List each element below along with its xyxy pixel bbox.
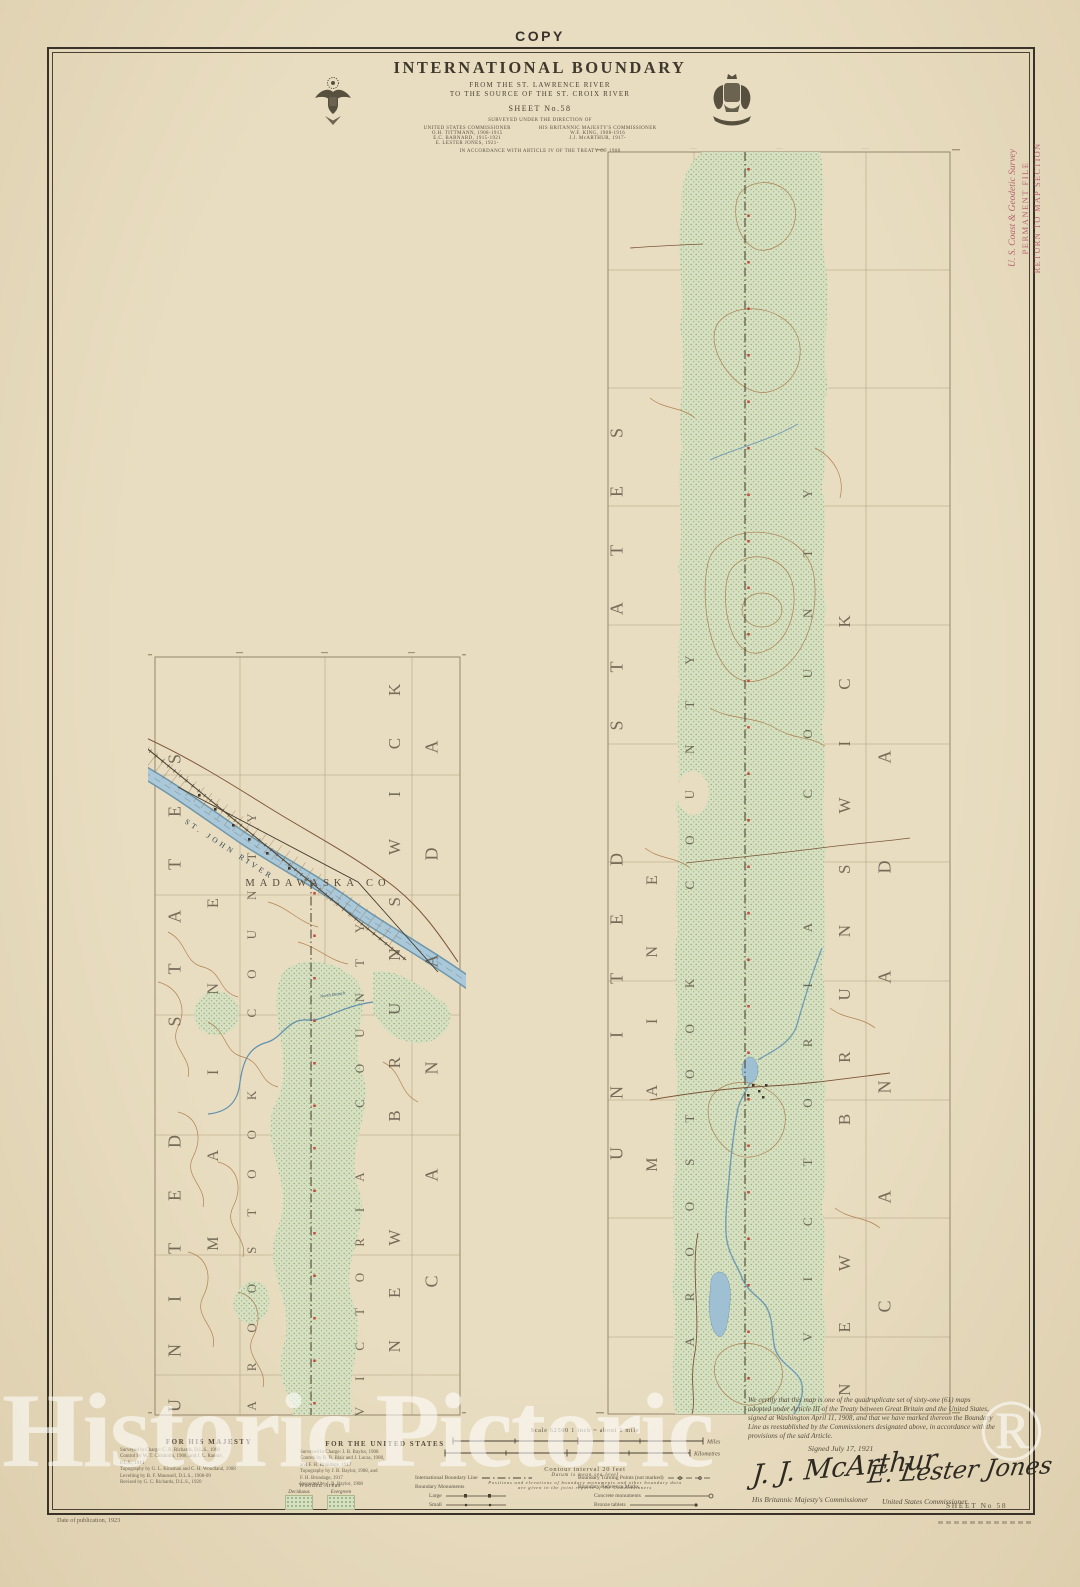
monuments-large-label: Large [429,1493,442,1499]
certification-line: Line as reestablished by the Commissione… [748,1423,1010,1432]
uk-commissioner-column: HIS BRITANNIC MAJESTY'S COMMISSIONER W.F… [539,126,657,146]
archive-stamp-agency: U. S. Coast & Geodetic Survey [1008,142,1018,274]
wooded-deciduous: Deciduous [285,1490,313,1510]
right-label-victoria-county: VICTORIA COUNTY [800,438,816,1342]
certification-line: We certify that this map is one of the q… [748,1396,1010,1405]
credits-majesty-heading: FOR HIS MAJESTY [120,1438,298,1446]
contour-interval-text: Contour interval 20 feet [430,1466,740,1473]
map-sheet: COPY INTERNATIONAL BOUNDARY FROM THE ST.… [0,0,1080,1587]
evergreen-label: Evergreen [327,1490,355,1495]
left-label-victoria-county: VICTORIA COUNTY [352,898,368,1417]
wooded-areas-heading: Wooded Areas [255,1483,385,1489]
concrete-symbol [645,1493,715,1499]
certification-line: signed at Washington April 11, 1908, and… [748,1414,1010,1423]
copy-stamp: COPY [0,28,1080,44]
left-label-new-brunswick: NEW BRUNSWICK [385,642,405,1353]
left-label-canada: CANADA [422,646,443,1287]
certification-line: adopted under Article III of the Treaty … [748,1405,1010,1414]
monuments-small-symbol [446,1502,506,1508]
legend-reference-marks: Boundary Reference Marks [578,1484,758,1490]
royal-arms-icon [708,72,756,130]
bronze-label: Bronze tablets [594,1502,626,1508]
legend-monuments-small: Small [429,1502,565,1508]
uk-commissioner-2: J.J. McARTHUR, 1917- [539,136,657,141]
printer-imprint [938,1521,1032,1524]
legend-bronze: Bronze tablets [594,1502,758,1508]
us-commissioner-3: E. LESTER JONES, 1921- [424,141,511,146]
left-map-graphic [148,642,466,1417]
archive-stamp: U. S. Coast & Geodetic Survey PERMANENT … [1008,142,1064,274]
bronze-symbol [630,1502,700,1508]
certification-line: provisions of the said Article. [748,1432,1010,1441]
us-commissioner-column: UNITED STATES COMMISSIONER O.H. TITTMANN… [424,126,511,146]
wooded-evergreen: Evergreen [327,1490,355,1510]
right-map-strip: UNITED STATES MAINE AROOSTOOK COUNTY VIC… [590,148,960,1418]
archive-stamp-file: PERMANENT FILE [1020,142,1030,274]
concrete-label: Concrete monuments [594,1493,641,1499]
publication-note: Date of publication, 1923 [57,1517,120,1524]
miles-label: Miles [706,1440,721,1446]
legend-concrete: Concrete monuments [594,1493,758,1499]
legend-monuments-large: Large [429,1493,565,1499]
left-label-maine: MAINE [205,823,223,1250]
evergreen-swatch [327,1495,355,1510]
right-label-canada: CANADA [875,653,896,1312]
legend-boundary-line: International Boundary Line [415,1475,565,1481]
credits-majesty: FOR HIS MAJESTY Surveyed in Charge: C. R… [120,1438,298,1486]
reference-marks-label: Boundary Reference Marks [578,1484,639,1490]
legend-turning-points: Boundary Turning Points (not marked) [578,1475,758,1481]
right-label-united-states: UNITED STATES [607,380,628,1160]
kilometres-label: Kilometres [693,1452,721,1458]
legend-left-column: International Boundary Line Boundary Mon… [415,1475,565,1511]
scale-bars: Miles Kilometres [435,1435,735,1461]
deciduous-swatch [285,1495,313,1510]
wooded-areas-legend: Wooded Areas Deciduous Evergreen [255,1483,385,1510]
left-roads [148,737,458,972]
us-seal-icon [312,74,354,130]
madawaska-label: MADAWASKA CO [238,878,398,889]
sheet-number: SHEET No 58 [946,1501,1007,1510]
turning-points-label: Boundary Turning Points (not marked) [578,1475,664,1481]
archive-stamp-return: RETURN TO MAP SECTION [1032,142,1042,274]
turning-points-symbol [668,1475,712,1481]
scale-text: Scale 62500 1 inch = about 1 mile [430,1428,740,1434]
left-label-united-states: UNITED STATES [165,712,186,1412]
monuments-label: Boundary Monuments [415,1484,464,1490]
right-label-new-brunswick: NEW BRUNSWICK [835,564,855,1396]
uk-commissioner-title: His Britannic Majesty's Commissioner [752,1495,868,1504]
boundary-line-label: International Boundary Line [415,1475,478,1481]
boundary-line-symbol [482,1475,532,1481]
monuments-large-symbol [446,1493,506,1499]
legend-monuments: Boundary Monuments [415,1484,565,1490]
right-label-maine: MAINE [644,814,662,1171]
deciduous-label: Deciduous [285,1490,313,1495]
right-label-aroostook-county: AROOSTOOK COUNTY [682,619,698,1346]
right-map-graphic [590,148,960,1418]
legend-right-column: Boundary Turning Points (not marked) Bou… [578,1475,758,1511]
certification-block: We certify that this map is one of the q… [748,1396,1010,1453]
left-map-strip: UNITED STATES MAINE AROOSTOOK COUNTY VIC… [148,642,466,1417]
monuments-small-label: Small [429,1502,442,1508]
